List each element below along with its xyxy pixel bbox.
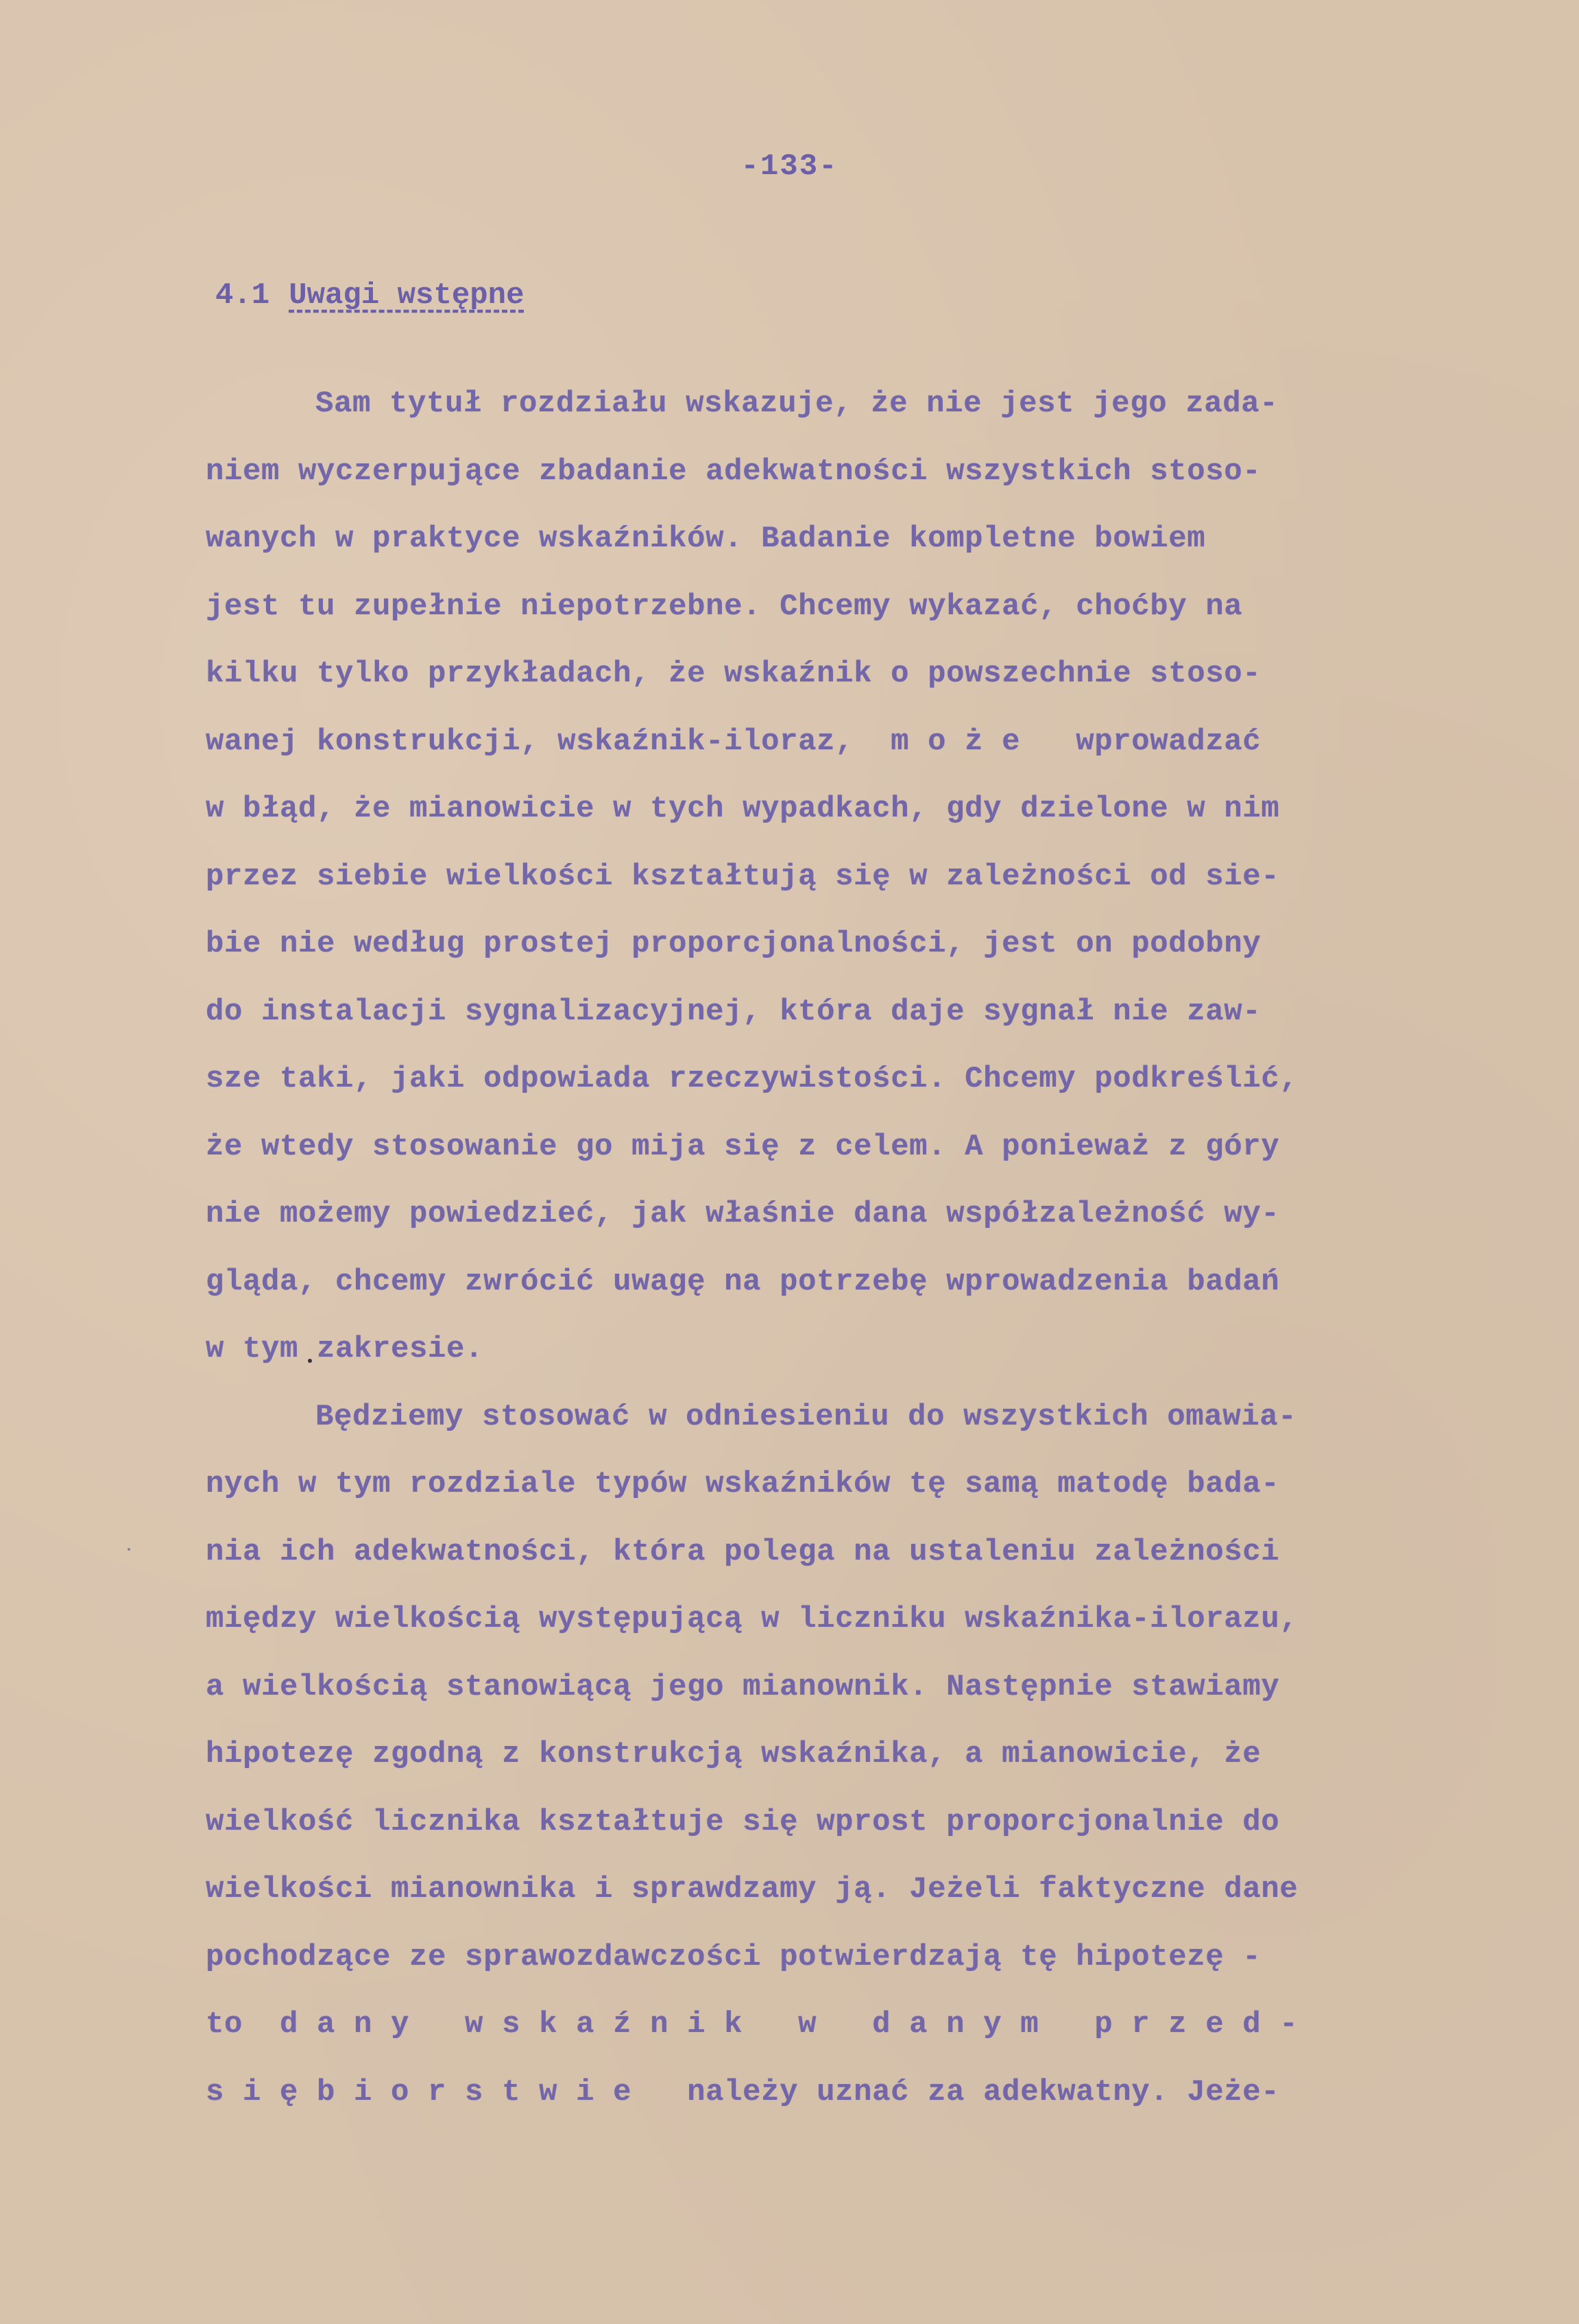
text-line: s i ę b i o r s t w i e należy uznać za … [206, 2059, 1433, 2127]
text-line: wanej konstrukcji, wskaźnik-iloraz, m o … [206, 708, 1433, 776]
text-line: a wielkością stanowiącą jego mianownik. … [206, 1654, 1433, 1721]
text-line: pochodzące ze sprawozdawczości potwierdz… [206, 1924, 1433, 1992]
text-line: gląda, chcemy zwrócić uwagę na potrzebę … [206, 1248, 1433, 1316]
text-line: Sam tytuł rozdziału wskazuje, że nie jes… [206, 370, 1433, 438]
text-line: to d a n y w s k a ź n i k w d a n y m p… [206, 1991, 1433, 2059]
text-line: nie możemy powiedzieć, jak właśnie dana … [206, 1181, 1433, 1248]
typewritten-page: -133- 4.1Uwagi wstępne Sam tytuł rozdzia… [0, 0, 1579, 2324]
text-line: bie nie według prostej proporcjonalności… [206, 910, 1433, 978]
text-line: hipotezę zgodną z konstrukcją wskaźnika,… [206, 1721, 1433, 1789]
text-line: niem wyczerpujące zbadanie adekwatności … [206, 438, 1433, 506]
text-line: wielkości mianownika i sprawdzamy ją. Je… [206, 1856, 1433, 1924]
text-line: w błąd, że mianowicie w tych wypadkach, … [206, 775, 1433, 843]
text-line: przez siebie wielkości kształtują się w … [206, 843, 1433, 911]
ink-speck [128, 1548, 130, 1551]
text-line: nia ich adekwatności, która polega na us… [206, 1518, 1433, 1586]
page-number: -133- [0, 149, 1579, 184]
section-heading: 4.1Uwagi wstępne [215, 278, 524, 313]
text-line: wanych w praktyce wskaźników. Badanie ko… [206, 505, 1433, 573]
text-line: wielkość licznika kształtuje się wprost … [206, 1789, 1433, 1856]
text-line: nych w tym rozdziale typów wskaźników tę… [206, 1451, 1433, 1518]
text-line: między wielkością występującą w liczniku… [206, 1586, 1433, 1654]
text-line: w tym zakresie. [206, 1316, 1433, 1383]
section-title: Uwagi wstępne [289, 278, 524, 313]
text-line: sze taki, jaki odpowiada rzeczywistości.… [206, 1045, 1433, 1113]
body-text: Sam tytuł rozdziału wskazuje, że nie jes… [206, 370, 1433, 2126]
text-line: do instalacji sygnalizacyjnej, która daj… [206, 978, 1433, 1046]
section-number: 4.1 [215, 278, 269, 313]
ink-speck [308, 1359, 312, 1363]
text-line: Będziemy stosować w odniesieniu do wszys… [206, 1383, 1433, 1451]
text-line: jest tu zupełnie niepotrzebne. Chcemy wy… [206, 573, 1433, 641]
text-line: kilku tylko przykładach, że wskaźnik o p… [206, 640, 1433, 708]
text-line: że wtedy stosowanie go mija się z celem.… [206, 1113, 1433, 1181]
